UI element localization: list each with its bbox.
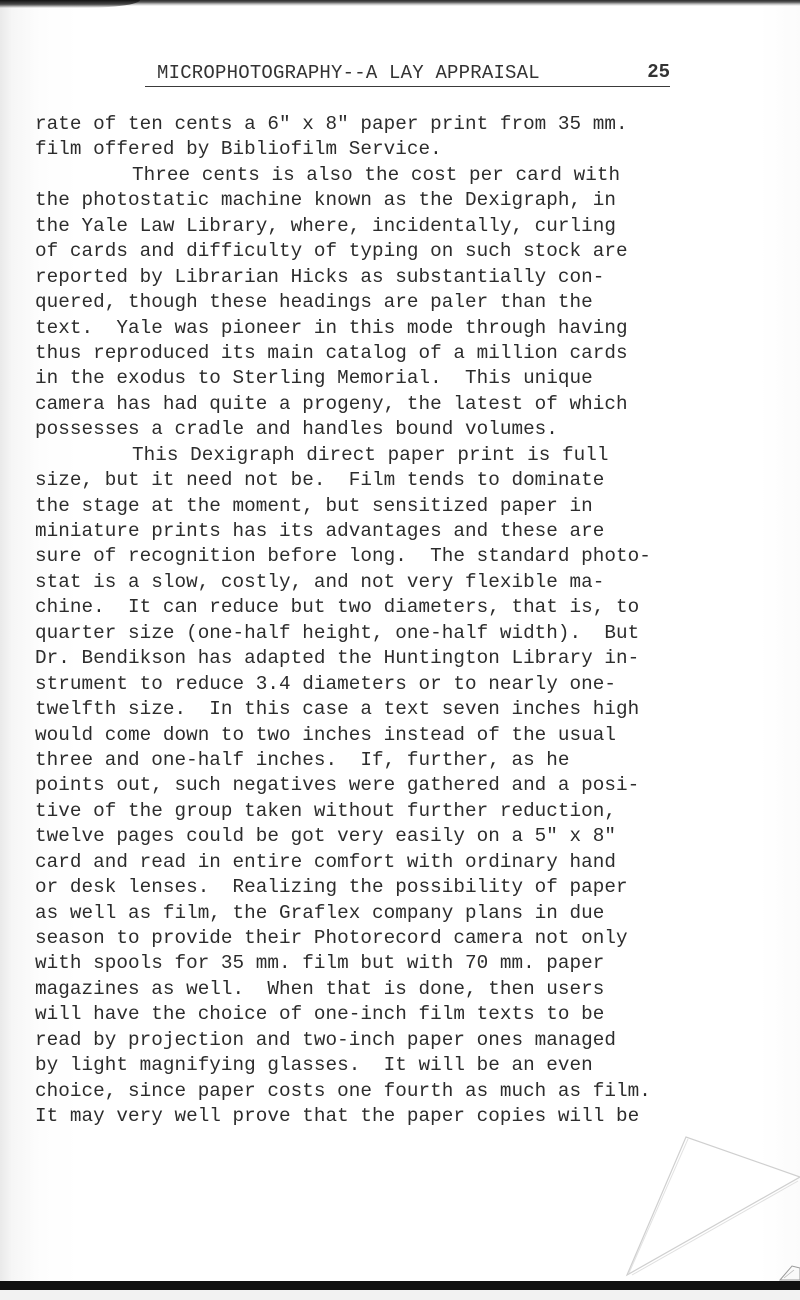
running-head: MICROPHOTOGRAPHY--A LAY APPRAISAL 25: [145, 60, 670, 87]
text-line: thus reproduced its main catalog of a mi…: [35, 341, 735, 366]
text-line: sure of recognition before long. The sta…: [35, 544, 735, 569]
text-line: would come down to two inches instead of…: [35, 723, 735, 748]
page-corner-mark: [778, 1262, 800, 1282]
page-bottom-edge: [0, 1281, 800, 1290]
text-line: in the exodus to Sterling Memorial. This…: [35, 366, 735, 391]
text-line: film offered by Bibliofilm Service.: [35, 137, 735, 162]
text-line: read by projection and two-inch paper on…: [35, 1028, 735, 1053]
page-top-left-shadow: [0, 0, 140, 8]
text-line: camera has had quite a progeny, the late…: [35, 392, 735, 417]
running-head-title: MICROPHOTOGRAPHY--A LAY APPRAISAL: [157, 62, 540, 84]
scanned-page: MICROPHOTOGRAPHY--A LAY APPRAISAL 25 rat…: [0, 0, 800, 1300]
text-line: season to provide their Photorecord came…: [35, 926, 735, 951]
text-line: the photostatic machine known as the Dex…: [35, 188, 735, 213]
text-line: magazines as well. When that is done, th…: [35, 977, 735, 1002]
text-line: miniature prints has its advantages and …: [35, 519, 735, 544]
text-line: chine. It can reduce but two diameters, …: [35, 595, 735, 620]
text-line: the Yale Law Library, where, incidentall…: [35, 214, 735, 239]
text-line: quered, though these headings are paler …: [35, 290, 735, 315]
text-line: text. Yale was pioneer in this mode thro…: [35, 316, 735, 341]
text-line: tive of the group taken without further …: [35, 799, 735, 824]
text-line: This Dexigraph direct paper print is ful…: [35, 443, 735, 468]
text-line: Dr. Bendikson has adapted the Huntington…: [35, 646, 735, 671]
text-line: strument to reduce 3.4 diameters or to n…: [35, 672, 735, 697]
text-line: choice, since paper costs one fourth as …: [35, 1079, 735, 1104]
text-line: will have the choice of one-inch film te…: [35, 1002, 735, 1027]
text-line: size, but it need not be. Film tends to …: [35, 468, 735, 493]
text-line: points out, such negatives were gathered…: [35, 773, 735, 798]
text-line: the stage at the moment, but sensitized …: [35, 494, 735, 519]
text-line: possesses a cradle and handles bound vol…: [35, 417, 735, 442]
text-line: with spools for 35 mm. film but with 70 …: [35, 951, 735, 976]
text-line: by light magnifying glasses. It will be …: [35, 1053, 735, 1078]
text-line: twelve pages could be got very easily on…: [35, 824, 735, 849]
text-line: quarter size (one-half height, one-half …: [35, 621, 735, 646]
text-line: twelfth size. In this case a text seven …: [35, 697, 735, 722]
page-bottom-strip: [0, 1290, 800, 1300]
body-text: rate of ten cents a 6" x 8" paper print …: [35, 112, 735, 1130]
text-line: reported by Librarian Hicks as substanti…: [35, 265, 735, 290]
text-line: of cards and difficulty of typing on suc…: [35, 239, 735, 264]
text-line: rate of ten cents a 6" x 8" paper print …: [35, 112, 735, 137]
text-line: or desk lenses. Realizing the possibilit…: [35, 875, 735, 900]
text-line: as well as film, the Graflex company pla…: [35, 901, 735, 926]
text-line: three and one-half inches. If, further, …: [35, 748, 735, 773]
text-line: Three cents is also the cost per card wi…: [35, 163, 735, 188]
text-line: card and read in entire comfort with ord…: [35, 850, 735, 875]
paper-fold-mark: [620, 1115, 800, 1285]
text-line: stat is a slow, costly, and not very fle…: [35, 570, 735, 595]
page-number: 25: [647, 61, 670, 83]
